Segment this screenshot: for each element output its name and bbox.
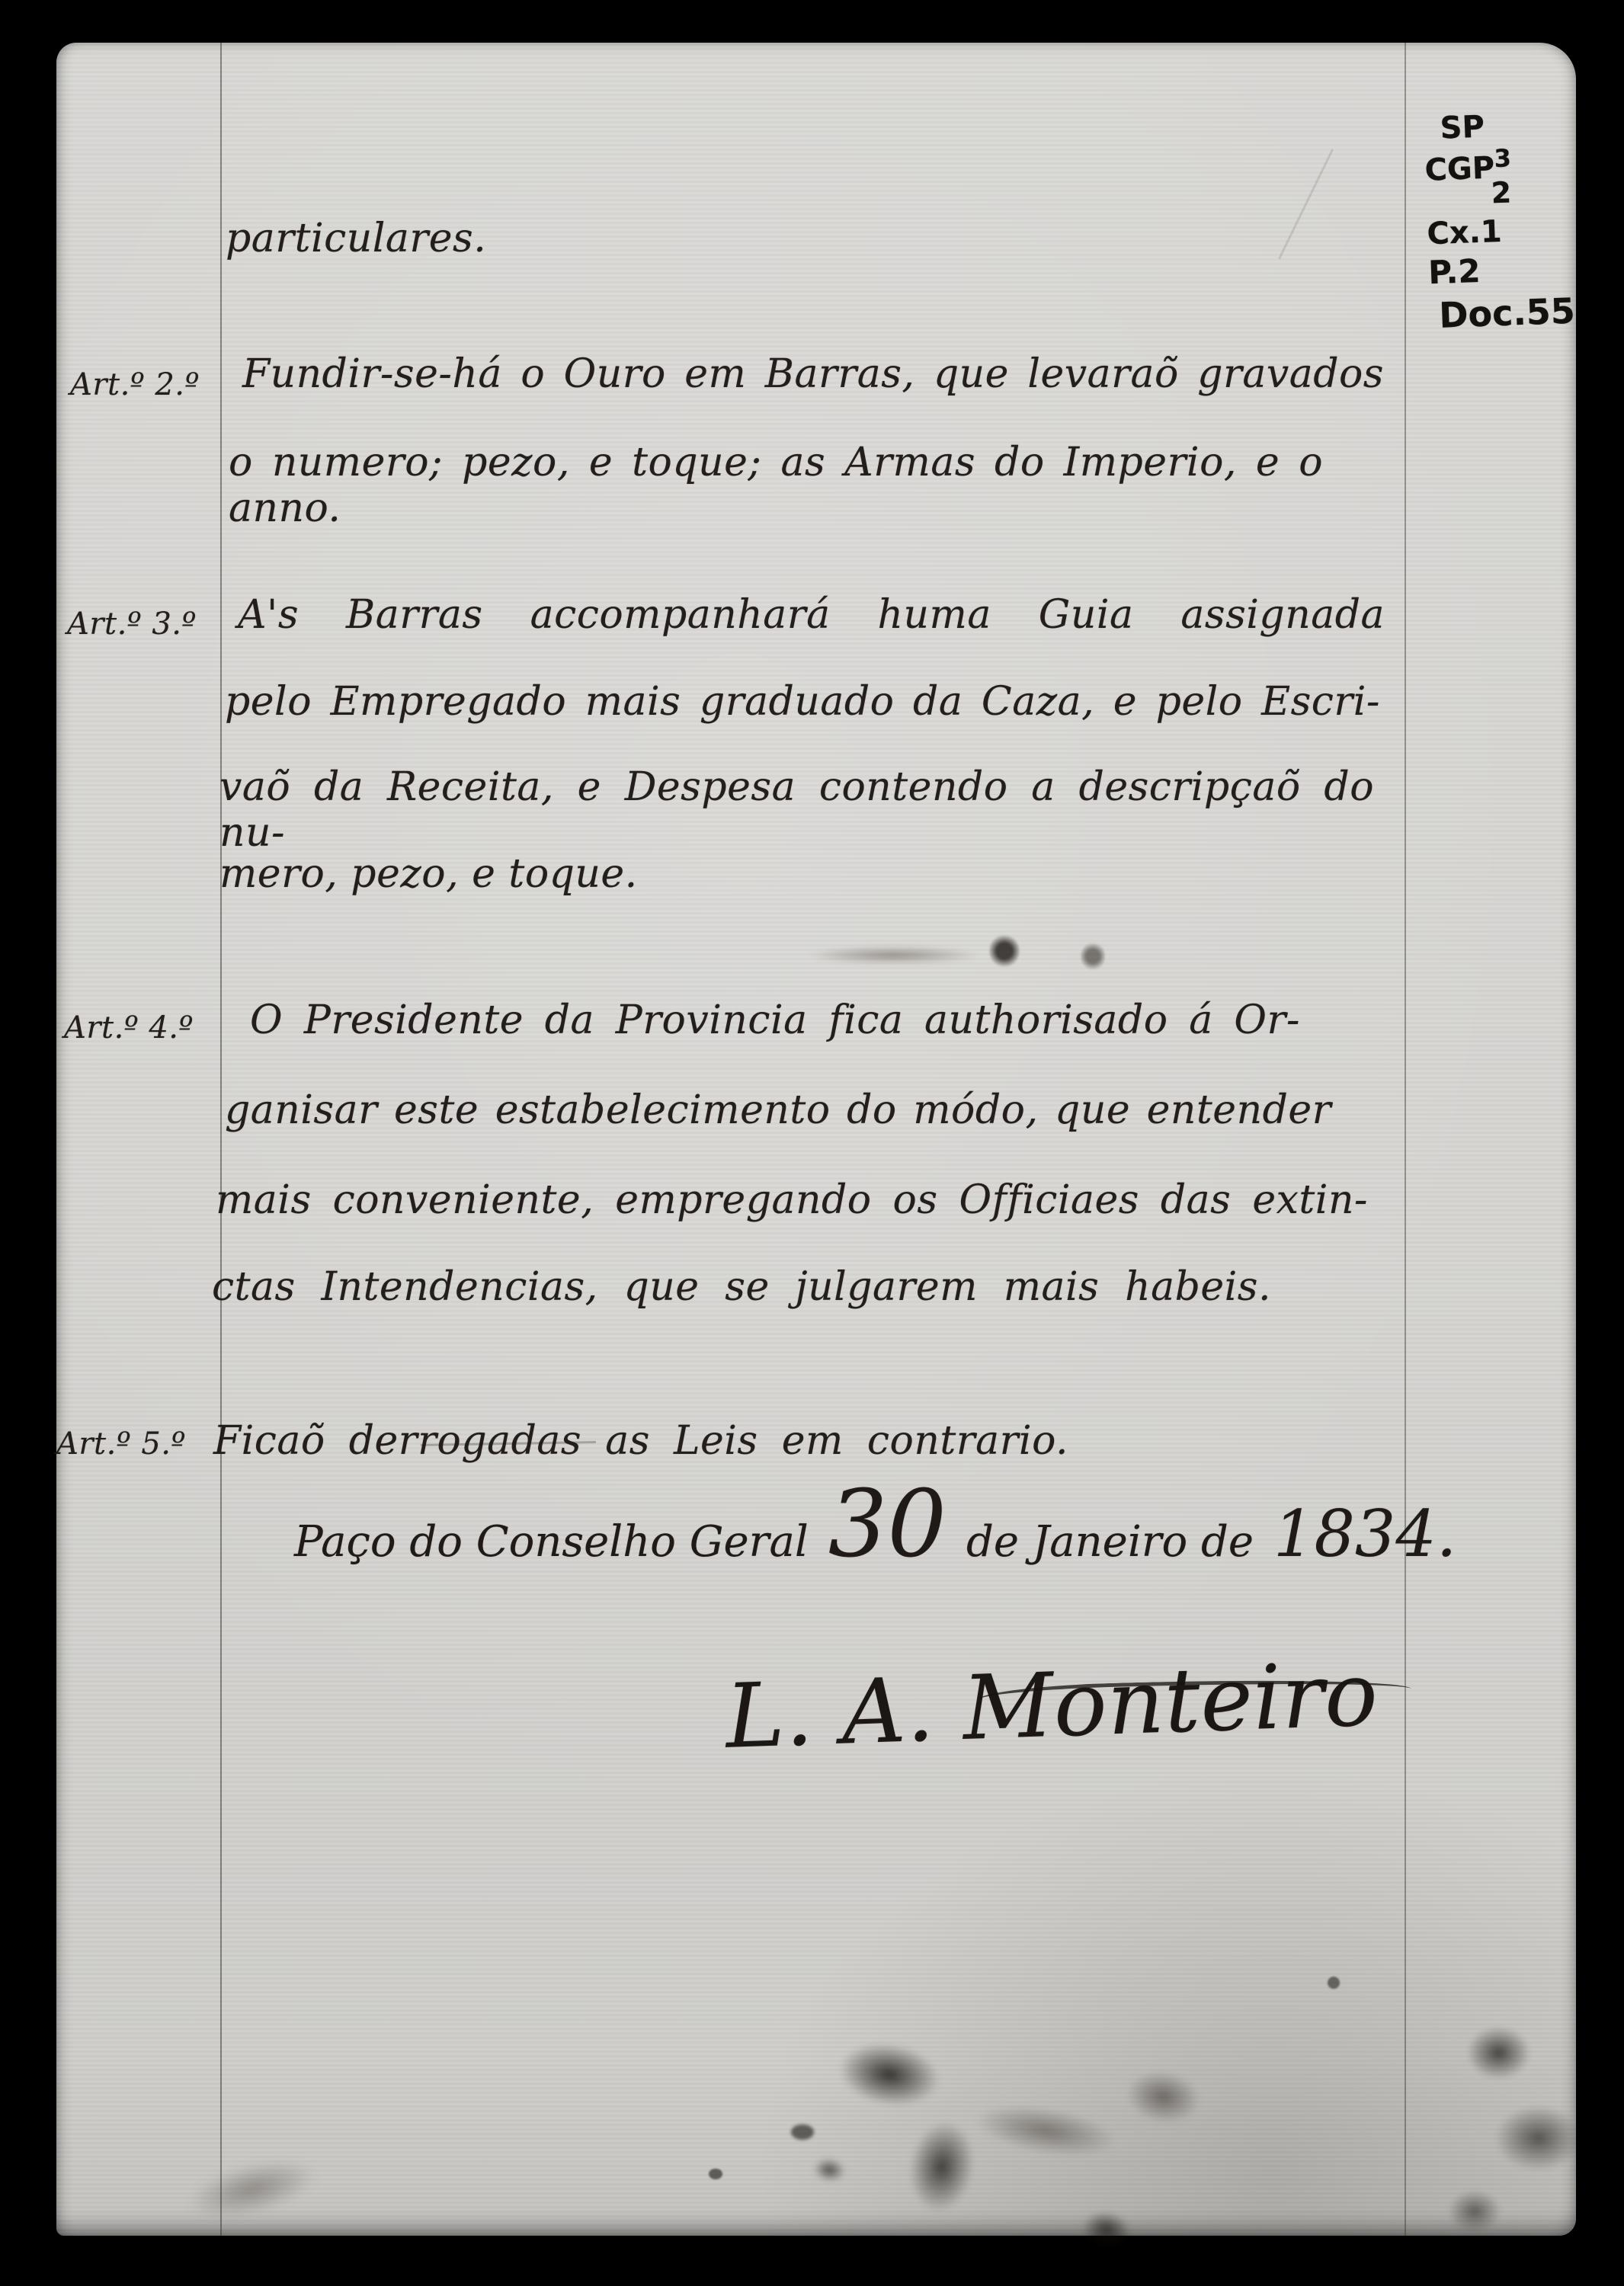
left-margin-rule [220,43,222,2236]
dateline-month: de Janeiro de [966,1517,1254,1567]
article-4-line-2: ganisar este estabelecimento do módo, qu… [225,1088,1331,1134]
archival-document-number: Doc.55 [1438,293,1575,333]
article-4-line-3: mais conveniente, empregando os Officiae… [216,1178,1368,1224]
article-5-line-1: Ficaõ derrogadas as Leis em contrario. [213,1419,1068,1465]
article-4-label: Art.º 4.º [64,1010,194,1045]
article-3-line-1: A's Barras accompanhará huma Guia assign… [238,593,1385,639]
archival-series-sub: 2 [1491,176,1571,208]
scanned-manuscript-page: SP CGP3 2 Cx.1 P.2 Doc.55 particulares. … [0,0,1624,2286]
continuation-line: particulares. [226,216,486,262]
article-3-line-2: pelo Empregado mais graduado da Caza, e … [225,680,1380,725]
article-4-line-4: ctas Intendencias, que se julgarem mais … [212,1265,1271,1311]
dateline-year: 1834. [1273,1497,1456,1571]
article-2-line-1: Fundir-se-há o Ouro em Barras, que levar… [242,352,1384,398]
article-4-line-1: O Presidente da Provincia fica authorisa… [250,998,1300,1044]
article-2-label: Art.º 2.º [70,367,200,402]
dateline-place: Paço do Conselho Geral [294,1517,809,1567]
article-2-line-2: o numero; pezo, e toque; as Armas do Imp… [229,440,1323,532]
article-5-label: Art.º 5.º [56,1426,186,1462]
archival-packet-number: P.2 [1428,252,1574,290]
dateline-day: 30 [828,1487,947,1562]
archival-box-number: Cx.1 [1427,214,1573,250]
article-3-label: Art.º 3.º [67,607,197,642]
dateline: Paço do Conselho Geral 30 de Janeiro de … [294,1487,1456,1571]
article-3-line-3: vaõ da Receita, e Despesa contendo a des… [219,765,1374,856]
right-margin-rule [1405,43,1406,2236]
article-3-line-4: mero, pezo, e toque. [219,852,638,898]
archival-fund-code: SP [1440,109,1569,144]
archival-notation: SP CGP3 2 Cx.1 P.2 Doc.55 [1423,109,1575,334]
